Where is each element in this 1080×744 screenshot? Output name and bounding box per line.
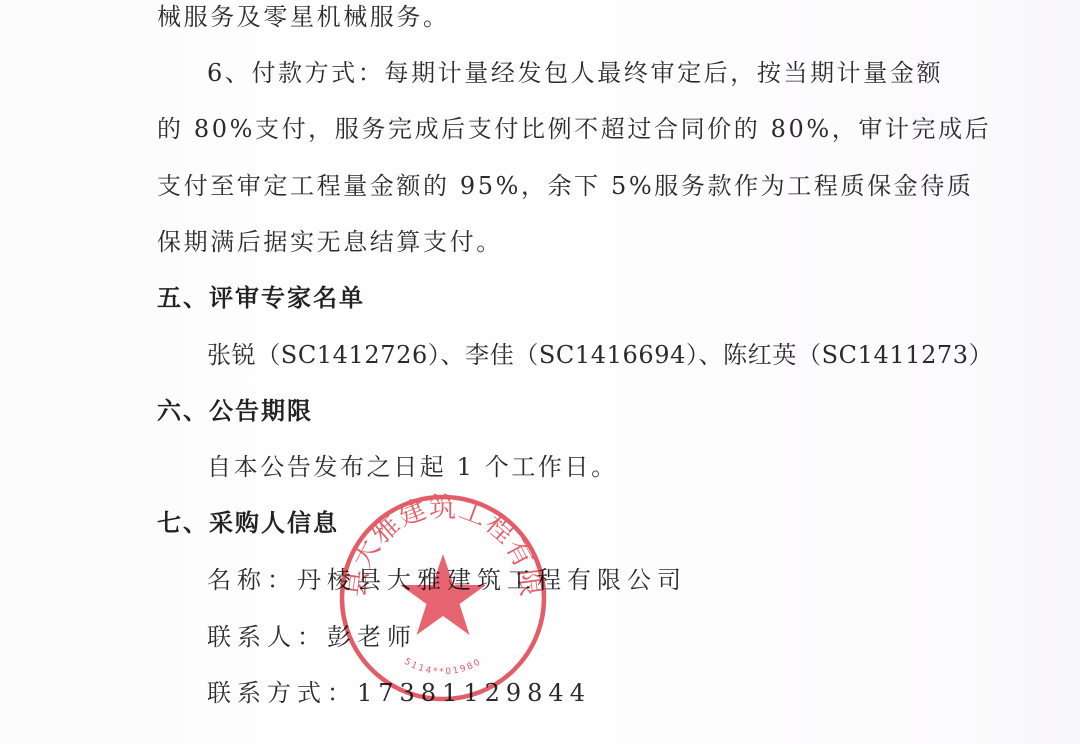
purchaser-phone: 联系方式：17381129844 [207, 678, 591, 708]
stamp-code-text: 5114**01980 [402, 657, 484, 678]
paragraph-line: 保期满后据实无息结算支付。 [157, 227, 503, 257]
svg-text:5114**01980: 5114**01980 [402, 657, 484, 678]
document-page: 械服务及零星机械服务。 6、付款方式：每期计量经发包人最终审定后，按当期计量金额… [0, 0, 1080, 744]
paragraph-line: 械服务及零星机械服务。 [157, 2, 450, 32]
expert-list: 张锐（SC1412726）、李佳（SC1416694）、陈红英（SC141127… [207, 340, 993, 370]
section-heading-purchaser: 七、采购人信息 [157, 508, 339, 538]
company-seal-stamp: 丹棱县大雅建筑工程有限公司 5114**01980 [337, 492, 549, 704]
purchaser-name: 名称：丹棱县大雅建筑工程有限公司 [207, 565, 687, 595]
section-heading-period: 六、公告期限 [157, 396, 313, 426]
paragraph-line: 的 80%支付，服务完成后支付比例不超过合同价的 80%，审计完成后 [157, 114, 991, 144]
paragraph-line: 支付至审定工程量金额的 95%，余下 5%服务款作为工程质保金待质 [157, 171, 973, 201]
purchaser-contact: 联系人：彭老师 [207, 622, 417, 652]
section-heading-experts: 五、评审专家名单 [157, 283, 365, 313]
announcement-period: 自本公告发布之日起 1 个工作日。 [207, 452, 618, 482]
payment-terms-line: 6、付款方式：每期计量经发包人最终审定后，按当期计量金额 [207, 58, 943, 88]
